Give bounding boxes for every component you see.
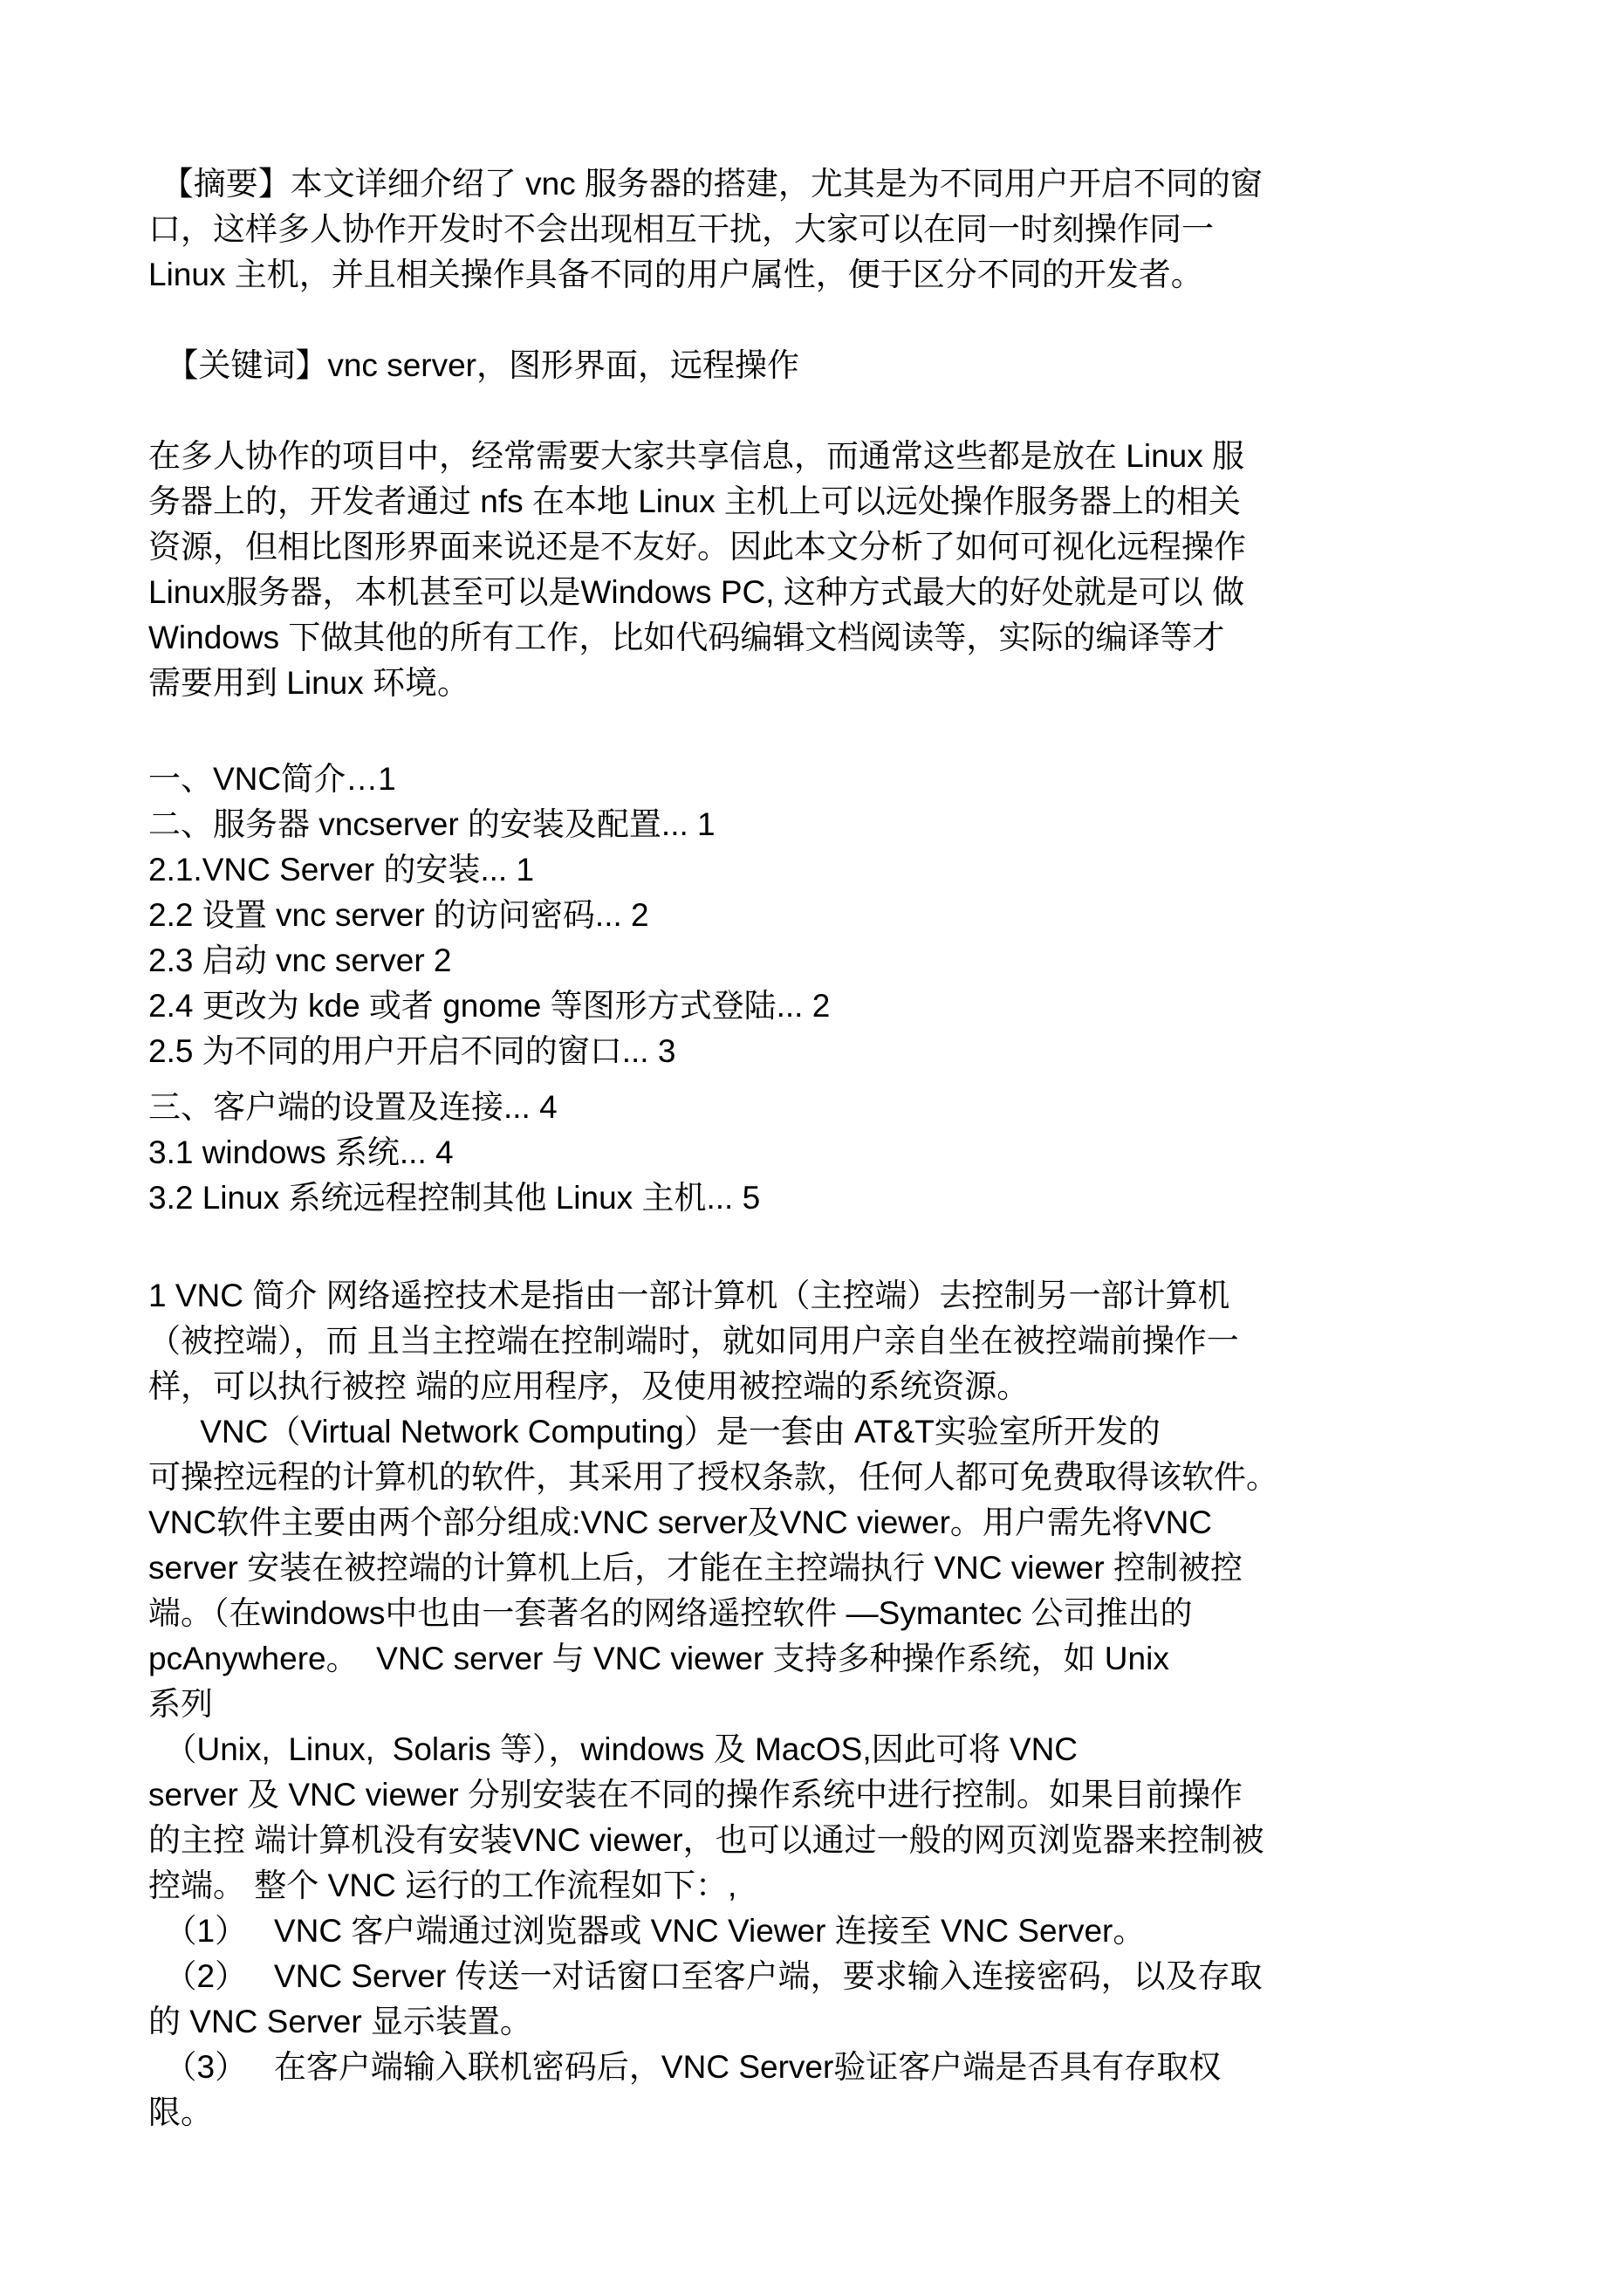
keywords-line: 【关键词】vnc server，图形界面，远程操作 [148, 343, 1492, 388]
toc-item: 2.1.VNC Server 的安装... 1 [148, 847, 1492, 893]
toc-item: 三、客户端的设置及连接... 4 [148, 1085, 1492, 1130]
abstract-line: Linux 主机，并且相关操作具备不同的用户属性，便于区分不同的开发者。 [148, 252, 1492, 298]
toc-item: 2.3 启动 vnc server 2 [148, 938, 1492, 984]
keywords-paragraph: 【关键词】vnc server，图形界面，远程操作 [148, 343, 1492, 388]
body-line: 系列 [148, 1682, 1492, 1727]
body-line: 可操控远程的计算机的软件，其采用了授权条款，任何人都可免费取得该软件。 [148, 1455, 1492, 1500]
intro-paragraph: 在多人协作的项目中，经常需要大家共享信息，而通常这些都是放在 Linux 服务器… [148, 434, 1492, 706]
body-line: （3） 在客户端输入联机密码后，VNC Server验证客户端是否具有存取权 [148, 2045, 1492, 2090]
body-line: server 安装在被控端的计算机上后，才能在主控端执行 VNC viewer … [148, 1546, 1492, 1591]
toc-item: 3.1 windows 系统... 4 [148, 1130, 1492, 1175]
body-line: pcAnywhere。 VNC server 与 VNC viewer 支持多种… [148, 1636, 1492, 1682]
body-line: VNC软件主要由两个部分组成:VNC server及VNC viewer。用户需… [148, 1500, 1492, 1546]
body-line: 的 VNC Server 显示装置。 [148, 1999, 1492, 2045]
body-line: server 及 VNC viewer 分别安装在不同的操作系统中进行控制。如果… [148, 1772, 1492, 1818]
body-line: （被控端），而 且当主控端在控制端时，就如同用户亲自坐在被控端前操作一 [148, 1319, 1492, 1364]
abstract-line: 【摘要】本文详细介绍了 vnc 服务器的搭建，尤其是为不同用户开启不同的窗 [148, 161, 1492, 207]
intro-line: 资源，但相比图形界面来说还是不友好。因此本文分析了如何可视化远程操作 [148, 524, 1492, 570]
body-line: 端。（在windows中也由一套著名的网络遥控软件 —Symantec 公司推出… [148, 1591, 1492, 1636]
body-line: （2） VNC Server 传送一对话窗口至客户端，要求输入连接密码，以及存取 [148, 1954, 1492, 1999]
body-line: 1 VNC 简介 网络遥控技术是指由一部计算机（主控端）去控制另一部计算机 [148, 1273, 1492, 1319]
intro-line: 需要用到 Linux 环境。 [148, 661, 1492, 706]
toc-item: 2.4 更改为 kde 或者 gnome 等图形方式登陆... 2 [148, 984, 1492, 1029]
intro-line: Linux服务器，本机甚至可以是Windows PC, 这种方式最大的好处就是可… [148, 570, 1492, 615]
toc-item: 二、服务器 vncserver 的安装及配置... 1 [148, 802, 1492, 847]
body-line: （1） VNC 客户端通过浏览器或 VNC Viewer 连接至 VNC Ser… [148, 1909, 1492, 1954]
body-line: 限。 [148, 2090, 1492, 2135]
intro-line: 务器上的，开发者通过 nfs 在本地 Linux 主机上可以远处操作服务器上的相… [148, 479, 1492, 524]
abstract-line: 口，这样多人协作开发时不会出现相互干扰，大家可以在同一时刻操作同一 [148, 207, 1492, 252]
body-line: 控端。 整个 VNC 运行的工作流程如下：, [148, 1863, 1492, 1909]
table-of-contents: 一、VNC简介…1二、服务器 vncserver 的安装及配置... 12.1.… [148, 757, 1492, 1221]
body-line: （Unix, Linux, Solaris 等），windows 及 MacOS… [148, 1727, 1492, 1772]
toc-item: 一、VNC简介…1 [148, 757, 1492, 802]
toc-item: 3.2 Linux 系统远程控制其他 Linux 主机... 5 [148, 1175, 1492, 1221]
section-1-vnc-intro: 1 VNC 简介 网络遥控技术是指由一部计算机（主控端）去控制另一部计算机（被控… [148, 1273, 1492, 2135]
intro-line: Windows 下做其他的所有工作，比如代码编辑文档阅读等，实际的编译等才 [148, 615, 1492, 661]
intro-line: 在多人协作的项目中，经常需要大家共享信息，而通常这些都是放在 Linux 服 [148, 434, 1492, 479]
document-page[interactable]: 【摘要】本文详细介绍了 vnc 服务器的搭建，尤其是为不同用户开启不同的窗口，这… [0, 0, 1623, 2296]
body-line: VNC（Virtual Network Computing）是一套由 AT&T实… [148, 1409, 1492, 1455]
body-line: 的主控 端计算机没有安装VNC viewer，也可以通过一般的网页浏览器来控制被 [148, 1818, 1492, 1863]
toc-item: 2.5 为不同的用户开启不同的窗口... 3 [148, 1029, 1492, 1074]
toc-item: 2.2 设置 vnc server 的访问密码... 2 [148, 893, 1492, 938]
abstract-paragraph: 【摘要】本文详细介绍了 vnc 服务器的搭建，尤其是为不同用户开启不同的窗口，这… [148, 161, 1492, 298]
body-line: 样，可以执行被控 端的应用程序，及使用被控端的系统资源。 [148, 1364, 1492, 1409]
